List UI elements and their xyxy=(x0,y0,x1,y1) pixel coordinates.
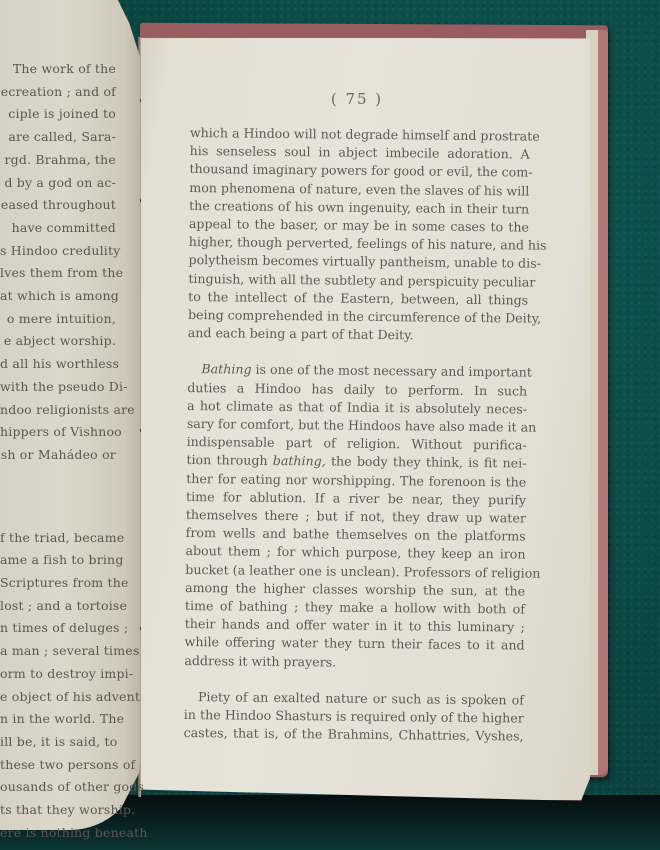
italic-term: bathing, xyxy=(273,453,326,469)
text-line: d by a god on ac- xyxy=(0,172,138,195)
text-line: are called, Sara- xyxy=(0,126,138,149)
text-line: ciple is joined to xyxy=(0,103,138,126)
text-line: at which is among xyxy=(0,285,138,308)
left-page-lower-block: f the triad, becameame a fish to bringSc… xyxy=(0,527,138,845)
text-line: f the triad, became xyxy=(0,527,138,550)
text-line: orm to destroy impi- xyxy=(0,663,138,686)
text-line: n in the world. The xyxy=(0,708,138,731)
text-line: o mere intuition, xyxy=(0,308,138,331)
text-line: address it with prayers. xyxy=(184,652,524,674)
text-line: ts that they worship. xyxy=(0,799,138,822)
text-line: ill be, it is said, to xyxy=(0,731,138,754)
left-page-text: The work of theecreation ; and ofciple i… xyxy=(0,58,138,845)
text-line: rgd. Brahma, the xyxy=(0,149,138,172)
text-line: these two persons of xyxy=(0,754,138,777)
text-line: Scriptures from the xyxy=(0,572,138,595)
text-line: e object of his advent xyxy=(0,686,138,709)
paragraph-3-piety: Piety of an exalted nature or such as is… xyxy=(184,688,525,746)
text-line: castes, that is, of the Brahmins, Chhatt… xyxy=(184,724,524,746)
text-line: have committed xyxy=(0,217,138,240)
text-line: lves them from the xyxy=(0,262,138,285)
paragraph-1: which a Hindoo will not degrade himself … xyxy=(188,124,530,346)
text-line: s Hindoo credulity xyxy=(0,240,138,263)
text-line: lost ; and a tortoise xyxy=(0,595,138,618)
text-line: e abject worship. xyxy=(0,330,138,353)
text-line: with the pseudo Di- xyxy=(0,376,138,399)
text-line: The work of the xyxy=(0,58,138,81)
text-line: d all his worthless xyxy=(0,353,138,376)
text-line: n times of deluges ; xyxy=(0,617,138,640)
text-line: eased throughout xyxy=(0,194,138,217)
text-line: sh or Mahádeo or xyxy=(0,444,138,467)
paragraph-2-bathing: Bathing is one of the most necessary and… xyxy=(184,360,527,673)
left-page-upper-block: The work of theecreation ; and ofciple i… xyxy=(0,58,138,467)
text-line: ecreation ; and of xyxy=(0,81,138,104)
text-line: hippers of Vishnoo xyxy=(0,421,138,444)
text-line: ndoo religionists are xyxy=(0,399,138,422)
text-line: ere is nothing beneath xyxy=(0,822,138,845)
right-page-text: which a Hindoo will not degrade himself … xyxy=(184,124,530,746)
italic-term: Bathing xyxy=(201,362,251,378)
text-line: a man ; several times xyxy=(0,640,138,663)
text-line: ame a fish to bring xyxy=(0,549,138,572)
page-number: ( 75 ) xyxy=(327,90,387,108)
text-line: ousands of other gods xyxy=(0,776,138,799)
